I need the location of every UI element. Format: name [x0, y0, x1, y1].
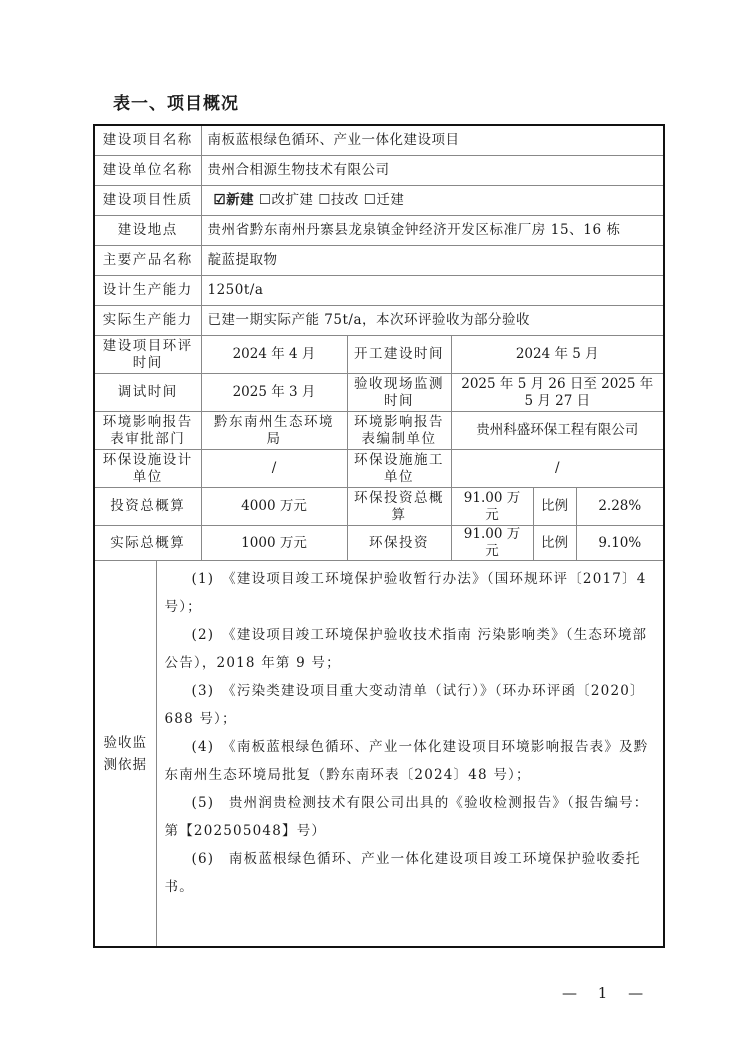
label-unit-name: 建设单位名称 [94, 156, 201, 186]
row-eia-time: 建设项目环评时间 2024 年 4 月 开工建设时间 2024 年 5 月 [94, 336, 664, 374]
basis-item-6: (6) 南板蓝根绿色循环、产业一体化建设项目竣工环境保护验收委托书。 [165, 845, 656, 901]
label-product: 主要产品名称 [94, 246, 201, 276]
label-project-nature: 建设项目性质 [94, 186, 201, 216]
section-title: 表一、项目概况 [113, 89, 239, 114]
value-construction-start: 2024 年 5 月 [451, 336, 664, 374]
option-label: 技改 [331, 192, 359, 208]
label-env-investment: 环保投资 [347, 526, 451, 561]
label-ratio: 比例 [533, 526, 576, 561]
basis-item-1: (1) 《建设项目竣工环境保护验收暂行办法》（国环规环评〔2017〕4 号）； [165, 565, 656, 621]
row-design-capacity: 设计生产能力 1250t/a [94, 276, 664, 306]
option-label: 改扩建 [272, 192, 314, 208]
value-monitoring-basis: (1) 《建设项目竣工环境保护验收暂行办法》（国环规环评〔2017〕4 号）； … [156, 561, 664, 948]
label-design-capacity: 设计生产能力 [94, 276, 201, 306]
label-eia-time: 建设项目环评时间 [94, 336, 201, 374]
label-location: 建设地点 [94, 216, 201, 246]
value-ratio: 9.10% [576, 526, 664, 561]
value-unit-name: 贵州合相源生物技术有限公司 [201, 156, 664, 186]
option-label: 新建 [226, 192, 254, 208]
label-report-compiler: 环境影响报告表编制单位 [347, 412, 451, 450]
value-eia-time: 2024 年 4 月 [201, 336, 347, 374]
value-ratio: 2.28% [576, 488, 664, 526]
row-project-nature: 建设项目性质 ☑新建 ☐改扩建 ☐技改 ☐迁建 [94, 186, 664, 216]
value-design-capacity: 1250t/a [201, 276, 664, 306]
option-label: 迁建 [376, 192, 404, 208]
row-approval: 环境影响报告表审批部门 黔东南州生态环境局 环境影响报告表编制单位 贵州科盛环保… [94, 412, 664, 450]
row-actual-capacity: 实际生产能力 已建一期实际产能 75t/a，本次环评验收为部分验收 [94, 306, 664, 336]
value-project-nature: ☑新建 ☐改扩建 ☐技改 ☐迁建 [201, 186, 664, 216]
label-debug-time: 调试时间 [94, 374, 201, 412]
unchecked-box-icon: ☐ [318, 192, 331, 208]
label-ratio: 比例 [533, 488, 576, 526]
basis-item-5: (5) 贵州润贵检测技术有限公司出具的《验收检测报告》（报告编号：第【20250… [165, 789, 656, 845]
label-construction-start: 开工建设时间 [347, 336, 451, 374]
label-total-investment: 投资总概算 [94, 488, 201, 526]
value-monitoring-time: 2025 年 5 月 26 日至 2025 年 5 月 27 日 [451, 374, 664, 412]
unchecked-box-icon: ☐ [259, 192, 272, 208]
label-monitoring-basis: 验收监测依据 [94, 561, 156, 948]
row-debug-time: 调试时间 2025 年 3 月 验收现场监测时间 2025 年 5 月 26 日… [94, 374, 664, 412]
row-unit-name: 建设单位名称 贵州合相源生物技术有限公司 [94, 156, 664, 186]
value-debug-time: 2025 年 3 月 [201, 374, 347, 412]
checkbox-expansion: ☐改扩建 [259, 192, 314, 208]
basis-item-3: (3) 《污染类建设项目重大变动清单（试行）》（环办环评函〔2020〕688 号… [165, 677, 656, 733]
basis-item-2: (2) 《建设项目竣工环境保护验收技术指南 污染影响类》（生态环境部公告），20… [165, 621, 656, 677]
value-construction-unit: / [451, 450, 664, 488]
checkbox-tech-reform: ☐技改 [318, 192, 359, 208]
row-actual-investment: 实际总概算 1000 万元 环保投资 91.00 万元 比例 9.10% [94, 526, 664, 561]
value-report-compiler: 贵州科盛环保工程有限公司 [451, 412, 664, 450]
unchecked-box-icon: ☐ [364, 192, 377, 208]
label-actual-capacity: 实际生产能力 [94, 306, 201, 336]
row-location: 建设地点 贵州省黔东南州丹寨县龙泉镇金钟经济开发区标准厂房 15、16 栋 [94, 216, 664, 246]
project-overview-table: 建设项目名称 南板蓝根绿色循环、产业一体化建设项目 建设单位名称 贵州合相源生物… [93, 124, 665, 948]
page-number: — 1 — [562, 984, 651, 1002]
label-env-investment-estimate: 环保投资总概算 [347, 488, 451, 526]
label-construction-unit: 环保设施施工单位 [347, 450, 451, 488]
row-project-name: 建设项目名称 南板蓝根绿色循环、产业一体化建设项目 [94, 125, 664, 156]
value-approval-dept: 黔东南州生态环境局 [201, 412, 347, 450]
value-actual-capacity: 已建一期实际产能 75t/a，本次环评验收为部分验收 [201, 306, 664, 336]
row-total-investment: 投资总概算 4000 万元 环保投资总概算 91.00 万元 比例 2.28% [94, 488, 664, 526]
label-design-unit: 环保设施设计单位 [94, 450, 201, 488]
value-env-investment: 91.00 万元 [451, 526, 533, 561]
value-total-investment: 4000 万元 [201, 488, 347, 526]
label-monitoring-time: 验收现场监测时间 [347, 374, 451, 412]
value-design-unit: / [201, 450, 347, 488]
label-actual-investment: 实际总概算 [94, 526, 201, 561]
value-location: 贵州省黔东南州丹寨县龙泉镇金钟经济开发区标准厂房 15、16 栋 [201, 216, 664, 246]
value-product: 靛蓝提取物 [201, 246, 664, 276]
row-product: 主要产品名称 靛蓝提取物 [94, 246, 664, 276]
value-env-investment-estimate: 91.00 万元 [451, 488, 533, 526]
value-actual-investment: 1000 万元 [201, 526, 347, 561]
checked-box-icon: ☑ [214, 192, 227, 208]
row-monitoring-basis: 验收监测依据 (1) 《建设项目竣工环境保护验收暂行办法》（国环规环评〔2017… [94, 561, 664, 948]
row-design-unit: 环保设施设计单位 / 环保设施施工单位 / [94, 450, 664, 488]
checkbox-new-build: ☑新建 [214, 192, 255, 208]
label-approval-dept: 环境影响报告表审批部门 [94, 412, 201, 450]
checkbox-relocation: ☐迁建 [364, 192, 405, 208]
value-project-name: 南板蓝根绿色循环、产业一体化建设项目 [201, 125, 664, 156]
basis-item-4: (4) 《南板蓝根绿色循环、产业一体化建设项目环境影响报告表》及黔东南州生态环境… [165, 733, 656, 789]
label-project-name: 建设项目名称 [94, 125, 201, 156]
